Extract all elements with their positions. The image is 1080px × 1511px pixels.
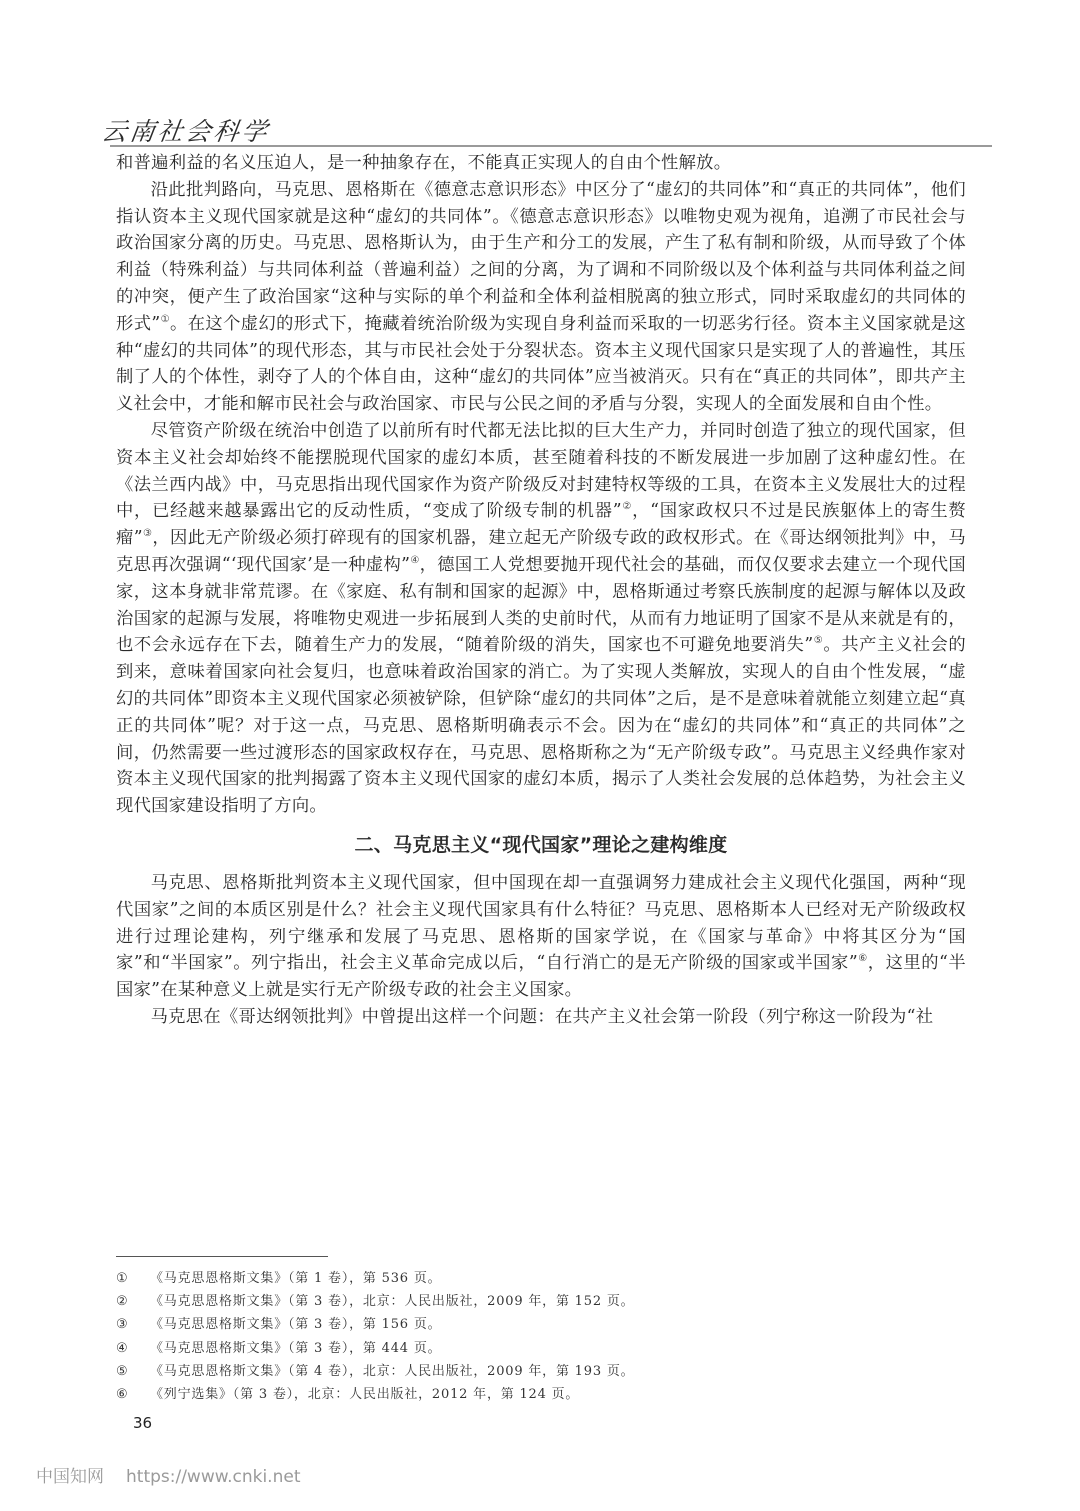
paragraphs-after-heading: 马克思、恩格斯批判资本主义现代国家，但中国现在却一直强调努力建成社会主义现代化强… [116, 870, 966, 1031]
paragraph: 马克思、恩格斯批判资本主义现代国家，但中国现在却一直强调努力建成社会主义现代化强… [116, 870, 966, 1004]
article-body: 和普遍利益的名义压迫人，是一种抽象存在，不能真正实现人的自由个性解放。沿此批判路… [116, 150, 966, 1031]
footnote-text: 《马克思恩格斯文集》（第 4 卷），北京：人民出版社，2009 年，第 193 … [150, 1360, 634, 1383]
paragraph: 和普遍利益的名义压迫人，是一种抽象存在，不能真正实现人的自由个性解放。 [116, 150, 966, 177]
footnote-reference[interactable]: ④ [410, 555, 419, 566]
paragraph-text: 和普遍利益的名义压迫人，是一种抽象存在，不能真正实现人的自由个性解放。 [116, 153, 731, 173]
watermark-url: https://www.cnki.net [126, 1467, 300, 1487]
journal-logo: 云南社会科学 [99, 112, 272, 148]
footnote-mark: ⑥ [116, 1383, 150, 1406]
footnote-reference[interactable]: ② [622, 502, 632, 513]
footnote-item: ①《马克思恩格斯文集》（第 1 卷），第 536 页。 [116, 1267, 816, 1290]
footnote-text: 《列宁选集》（第 3 卷），北京：人民出版社，2012 年，第 124 页。 [150, 1383, 579, 1406]
footnote-item: ⑤《马克思恩格斯文集》（第 4 卷），北京：人民出版社，2009 年，第 193… [116, 1360, 816, 1383]
footnote-mark: ④ [116, 1337, 150, 1360]
footnote-rule [116, 1256, 328, 1257]
paragraph-text: 。共产主义社会的到来，意味着国家向社会复归，也意味着政治国家的消亡。为了实现人类… [116, 635, 966, 816]
paragraph-text: 沿此批判路向，马克思、恩格斯在《德意志意识形态》中区分了“虚幻的共同体”和“真正… [116, 180, 966, 334]
footnote-reference[interactable]: ① [161, 314, 170, 325]
footnotes: ①《马克思恩格斯文集》（第 1 卷），第 536 页。②《马克思恩格斯文集》（第… [116, 1267, 816, 1406]
watermark: 中国知网https://www.cnki.net [36, 1462, 300, 1487]
footnote-item: ④《马克思恩格斯文集》（第 3 卷），第 444 页。 [116, 1337, 816, 1360]
paragraph: 尽管资产阶级在统治中创造了以前所有时代都无法比拟的巨大生产力，并同时创造了独立的… [116, 418, 966, 820]
footnote-mark: ② [116, 1290, 150, 1313]
paragraphs-before-heading: 和普遍利益的名义压迫人，是一种抽象存在，不能真正实现人的自由个性解放。沿此批判路… [116, 150, 966, 820]
paragraph-text: 。在这个虚幻的形式下，掩藏着统治阶级为实现自身利益而采取的一切恶劣行径。资本主义… [116, 314, 966, 414]
footnote-reference[interactable]: ③ [143, 528, 152, 539]
footnote-reference[interactable]: ⑤ [814, 636, 824, 647]
footnote-mark: ③ [116, 1313, 150, 1336]
header-rule [110, 145, 992, 147]
footnote-item: ⑥《列宁选集》（第 3 卷），北京：人民出版社，2012 年，第 124 页。 [116, 1383, 816, 1406]
footnote-item: ②《马克思恩格斯文集》（第 3 卷），北京：人民出版社，2009 年，第 152… [116, 1290, 816, 1313]
footnote-item: ③《马克思恩格斯文集》（第 3 卷），第 156 页。 [116, 1313, 816, 1336]
paragraph: 沿此批判路向，马克思、恩格斯在《德意志意识形态》中区分了“虚幻的共同体”和“真正… [116, 177, 966, 418]
paragraph: 马克思在《哥达纲领批判》中曾提出这样一个问题：在共产主义社会第一阶段（列宁称这一… [116, 1004, 966, 1031]
footnote-reference[interactable]: ⑥ [858, 954, 868, 965]
paragraph-text: 马克思在《哥达纲领批判》中曾提出这样一个问题：在共产主义社会第一阶段（列宁称这一… [151, 1007, 934, 1027]
footnote-mark: ① [116, 1267, 150, 1290]
footnote-text: 《马克思恩格斯文集》（第 3 卷），北京：人民出版社，2009 年，第 152 … [150, 1290, 634, 1313]
footnote-text: 《马克思恩格斯文集》（第 1 卷），第 536 页。 [150, 1267, 441, 1290]
footnote-text: 《马克思恩格斯文集》（第 3 卷），第 156 页。 [150, 1313, 441, 1336]
section-heading: 二、马克思主义“现代国家”理论之建构维度 [116, 830, 966, 860]
footnote-text: 《马克思恩格斯文集》（第 3 卷），第 444 页。 [150, 1337, 441, 1360]
watermark-brand: 中国知网 [36, 1467, 104, 1487]
paragraph-text: 马克思、恩格斯批判资本主义现代国家，但中国现在却一直强调努力建成社会主义现代化强… [116, 873, 966, 973]
footnote-mark: ⑤ [116, 1360, 150, 1383]
page-number: 36 [133, 1414, 152, 1432]
